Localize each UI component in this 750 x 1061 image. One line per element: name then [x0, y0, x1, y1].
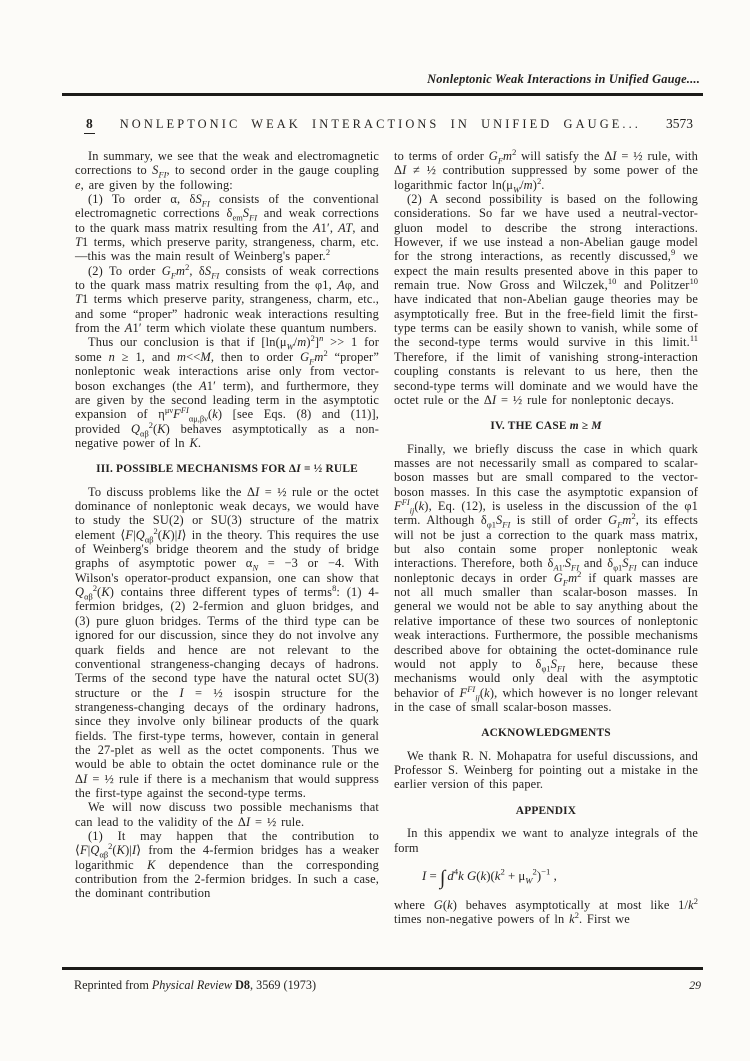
paragraph-order-gfm2: (2) To order GFm2, δSFI consists of weak…	[75, 264, 379, 336]
paragraph-mechanism-one-cont: to terms of order GFm2 will satisfy the …	[394, 149, 698, 192]
paragraph-summary: In summary, we see that the weak and ele…	[75, 149, 379, 192]
issue-number: 8	[84, 116, 95, 134]
section-heading-iv: IV. THE CASE m ≥ M	[398, 420, 694, 434]
reprint-page-number: 29	[689, 978, 701, 993]
right-column: to terms of order GFm2 will satisfy the …	[394, 149, 698, 927]
reprint-credit: Reprinted from Physical Review D8, 3569 …	[74, 978, 316, 993]
paragraph-mechanism-two: (2) A second possibility is based on the…	[394, 192, 698, 407]
section-heading-iii: III. POSSIBLE MECHANISMS FOR ΔI = ½ RULE	[79, 463, 375, 477]
header-rule	[62, 93, 703, 96]
paragraph-case-m-ge-M: Finally, we briefly discuss the case in …	[394, 442, 698, 715]
two-column-body: In summary, we see that the weak and ele…	[75, 149, 698, 927]
section-heading-appendix: APPENDIX	[398, 805, 694, 819]
paragraph-conclusion: Thus our conclusion is that if [ln(μW/m)…	[75, 335, 379, 450]
journal-page: Nonleptonic Weak Interactions in Unified…	[0, 0, 750, 1061]
left-column: In summary, we see that the weak and ele…	[75, 149, 379, 927]
article-running-title: NONLEPTONIC WEAK INTERACTIONS IN UNIFIED…	[95, 117, 666, 132]
paragraph-mechanism-one: (1) It may happen that the contribution …	[75, 829, 379, 901]
paragraph-appendix-intro: In this appendix we want to analyze inte…	[394, 826, 698, 855]
paragraph-acknowledgments: We thank R. N. Mohapatra for useful disc…	[394, 749, 698, 792]
footer: Reprinted from Physical Review D8, 3569 …	[62, 978, 703, 993]
section-heading-acknowledgments: ACKNOWLEDGMENTS	[398, 727, 694, 741]
running-head: 8 NONLEPTONIC WEAK INTERACTIONS IN UNIFI…	[62, 116, 703, 134]
paragraph-delta-i-rule: To discuss problems like the ΔI = ½ rule…	[75, 485, 379, 801]
paragraph-two-mechanisms: We will now discuss two possible mechani…	[75, 800, 379, 829]
journal-page-number: 3573	[666, 116, 693, 132]
paragraph-order-alpha: (1) To order α, δSFI consists of the con…	[75, 192, 379, 264]
display-equation-integral: I = ∫d4k G(k)(k2 + μW2)−1 ,	[394, 864, 698, 890]
paragraph-appendix-cont: where G(k) behaves asymptotically at mos…	[394, 898, 698, 927]
footer-rule	[62, 967, 703, 970]
running-title-italic: Nonleptonic Weak Interactions in Unified…	[427, 72, 700, 87]
